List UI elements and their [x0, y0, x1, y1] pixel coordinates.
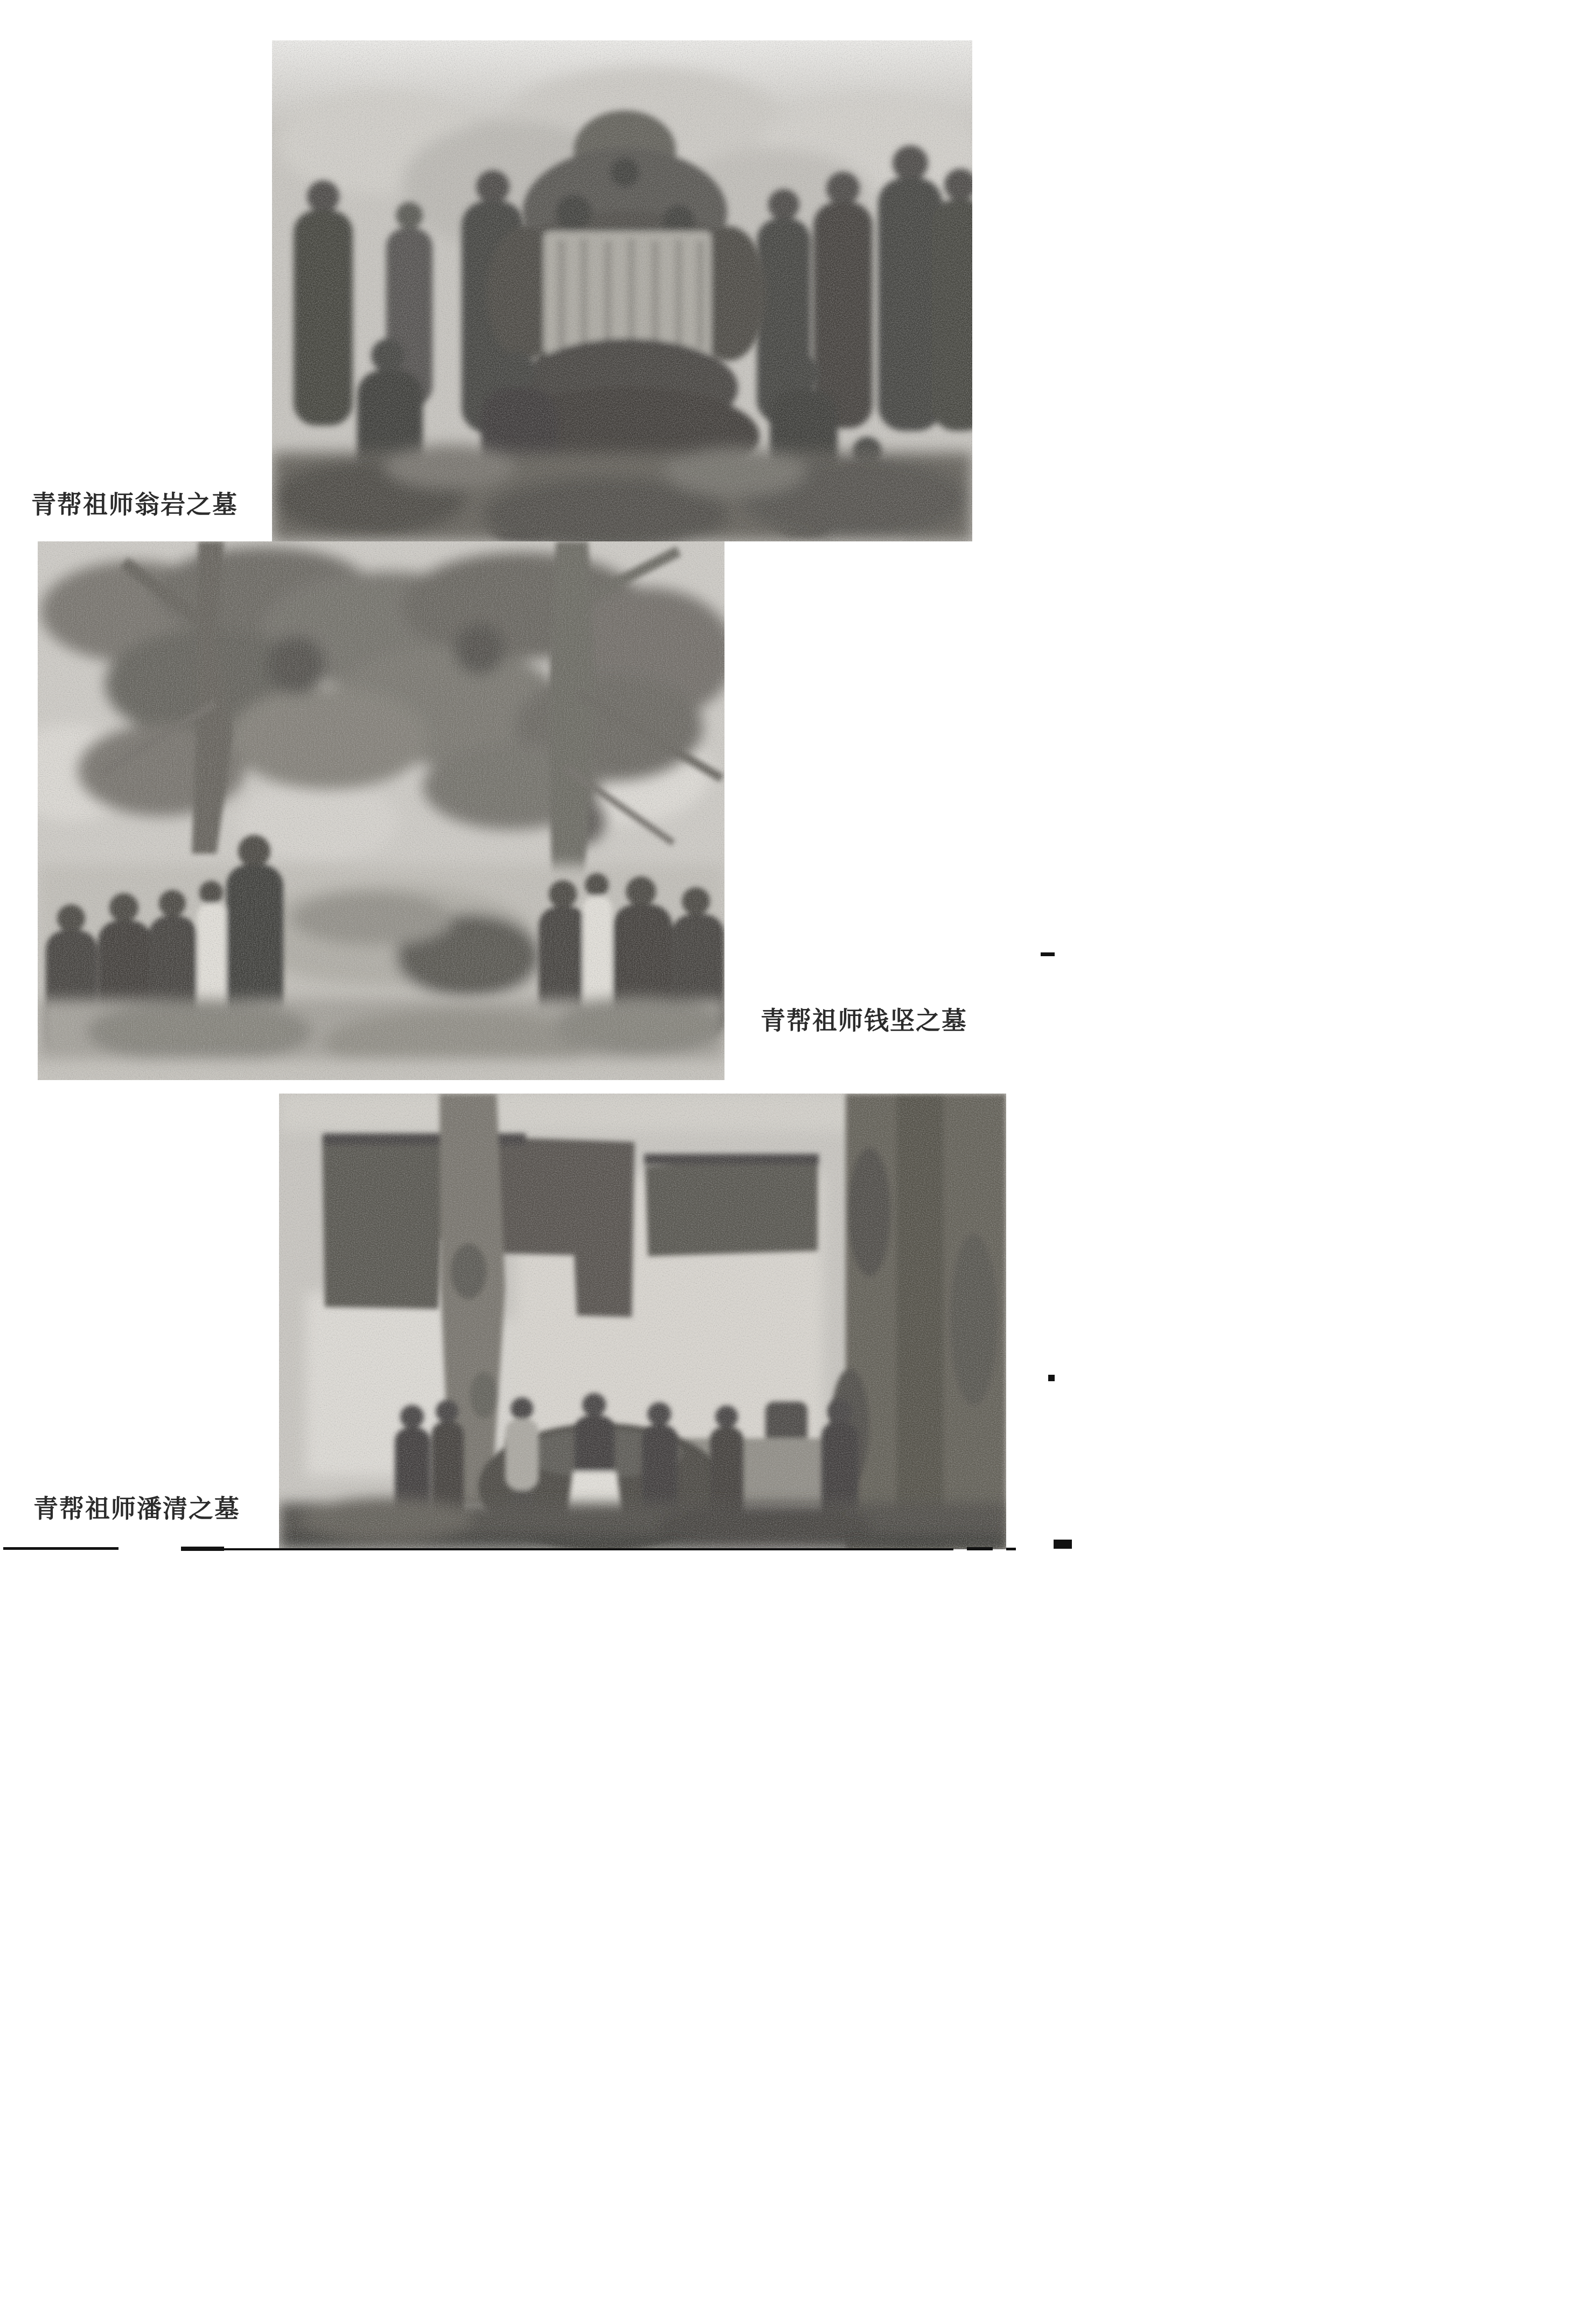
photo-weng-yan-illustration — [272, 40, 972, 541]
scan-line-thick — [181, 1547, 224, 1551]
photo-pan-qing-tomb — [279, 1094, 1006, 1549]
photo-weng-yan-tomb — [272, 40, 972, 541]
caption-pan-qing: 青帮祖师潘清之墓 — [33, 1489, 240, 1525]
scan-line-left — [3, 1547, 119, 1550]
margin-dash-mark — [1041, 952, 1055, 956]
scan-dash-1 — [967, 1547, 993, 1550]
caption-qian-jian: 青帮祖师钱坚之墓 — [761, 1001, 967, 1036]
photo-qian-jian-illustration — [38, 541, 724, 1080]
scan-line-main — [181, 1548, 953, 1550]
scan-blob — [1054, 1540, 1072, 1549]
page-container: 青帮祖师翁岩之墓 — [0, 0, 1596, 2297]
caption-weng-yan: 青帮祖师翁岩之墓 — [31, 485, 238, 520]
margin-dot-mark — [1048, 1375, 1055, 1381]
photo-pan-qing-illustration — [279, 1094, 1006, 1549]
scan-dash-2 — [1006, 1548, 1016, 1550]
photo-qian-jian-tomb — [38, 541, 724, 1080]
